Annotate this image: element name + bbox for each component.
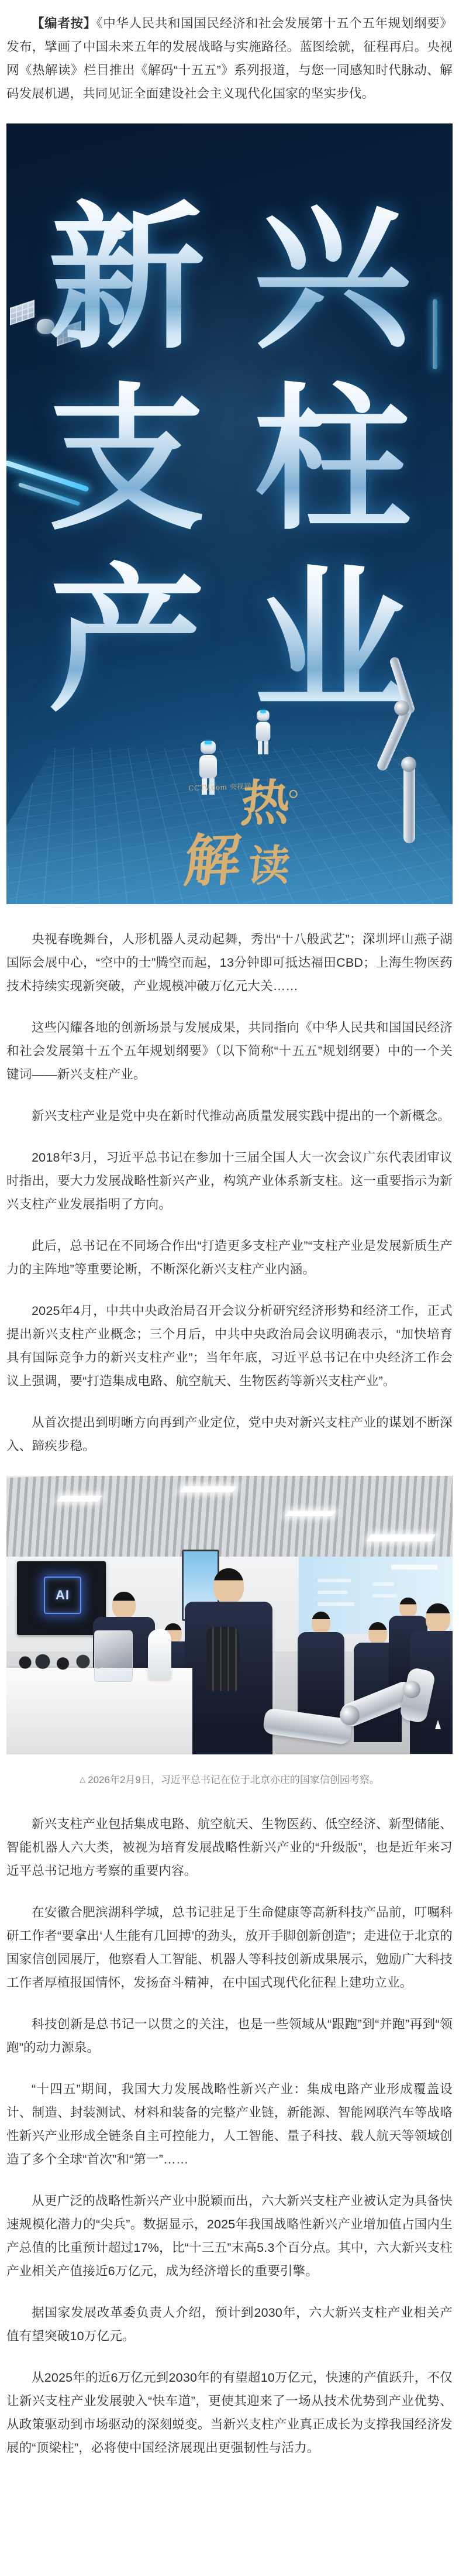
led-text-bar: [317, 1591, 348, 1594]
hero-char: 产: [49, 557, 205, 727]
robot-legs: [258, 741, 268, 754]
hero-char: 新: [49, 194, 205, 365]
editor-note: 【编者按】《中华人民共和国国民经济和社会发展第十五个五年规划纲要》发布，擘画了中…: [6, 12, 453, 105]
paragraph: 2018年3月，习近平总书记在参加十三届全国人大一次会议广东代表团审议时指出，要…: [6, 1146, 453, 1216]
ceiling-light: [180, 1486, 236, 1492]
ceiling-light: [285, 1511, 336, 1516]
person-head: [426, 1603, 450, 1633]
paragraph: 2025年4月，中共中央政治局召开会议分析研究经济形势和经济工作，正式提出新兴支…: [6, 1299, 453, 1393]
chip-graphic: AI: [44, 1576, 81, 1614]
paragraph: 这些闪耀各地的创新场景与发展成果，共同指向《中华人民共和国国民经济和社会发展第十…: [6, 1016, 453, 1086]
ceiling-light: [57, 1496, 102, 1502]
person-head: [112, 1592, 136, 1619]
paragraph: 从更广泛的战略性新兴产业中脱颖而出，六大新兴支柱产业被认定为具备快速规模化潜力的…: [6, 2189, 453, 2283]
stamp-dot: [289, 790, 297, 798]
paragraph: 在安徽合肥滨湖科学城，总书记驻足于生命健康等高新科技产品前，叮嘱科研工作者“要拿…: [6, 1901, 453, 1994]
robot-arm: [258, 1675, 453, 1754]
paragraph: 此后，总书记在不同场合作出“打造更多支柱产业”“支柱产业是发展新质生产力的主阵地…: [6, 1234, 453, 1281]
robot-arm-icon: [372, 650, 442, 843]
paragraph: 从首次提出到明晰方向再到产业定位，党中央对新兴支柱产业的谋划不断深入、蹄疾步稳。: [6, 1411, 453, 1458]
robot-components: [15, 1653, 102, 1672]
robot-eye: [205, 741, 212, 744]
hero-title-characters: 新 兴 支 柱 产 业: [24, 194, 435, 727]
led-text-bar: [317, 1579, 351, 1582]
hero-char: 柱: [254, 375, 410, 546]
paragraph: 据国家发展改革委负责人介绍，预计到2030年，六大新兴支柱产业相关产值有望突破1…: [6, 2301, 453, 2348]
rejiedu-stamp: CCTV.com 央视网 热 解 读: [184, 770, 299, 897]
stamp-char: 热: [238, 763, 295, 836]
paragraph: “十四五”期间，我国大力发展战略性新兴产业：集成电路产业形成覆盖设计、制造、封装…: [6, 2077, 453, 2171]
exhibit-table: [6, 1668, 192, 1754]
paragraph: 科技创新是总书记一以贯之的关注，也是一些领域从“跟跑”到“并跑”再到“领跑”的动…: [6, 2012, 453, 2059]
person-head: [368, 1622, 387, 1644]
acrylic-display: [94, 1630, 133, 1682]
stamp-char: 解: [181, 815, 245, 898]
robotic-hand-exhibit: [206, 1627, 239, 1691]
inspection-photo[interactable]: AI: [6, 1476, 453, 1754]
robot-head: [257, 710, 269, 721]
arm-segment: [263, 1708, 353, 1745]
stamp-char: 读: [245, 831, 294, 894]
hero-image[interactable]: 新 兴 支 柱 产 业 CCTV.com 央视网 热 解: [6, 123, 453, 904]
robot-eye: [260, 710, 266, 713]
photo-caption: △2026年2月9日，习近平总书记在位于北京亦庄的国家信创园考察。: [6, 1772, 453, 1788]
robot-head: [201, 741, 216, 754]
caption-marker: △: [80, 1775, 85, 1784]
hero-char: 兴: [254, 194, 410, 365]
paragraph: 新兴支柱产业包括集成电路、航空航天、生物医药、低空经济、新型储能、智能机器人六大…: [6, 1812, 453, 1883]
person-head: [312, 1612, 330, 1634]
arm-joint: [401, 757, 416, 772]
arm-joint: [340, 1705, 360, 1725]
white-glove-exhibit: [148, 1629, 171, 1679]
editor-note-label: 【编者按】: [32, 16, 96, 30]
paragraph: 新兴支柱产业是党中央在新时代推动高质量发展实践中提出的一个新概念。: [6, 1104, 453, 1128]
robot-figure: [256, 707, 271, 754]
led-text-bar: [391, 1565, 437, 1569]
robot-body: [256, 722, 271, 741]
person-head: [213, 1568, 244, 1603]
arm-joint: [394, 700, 409, 716]
arm-segment: [403, 761, 415, 843]
caption-text: 2026年2月9日，习近平总书记在位于北京亦庄的国家信创园考察。: [88, 1774, 379, 1785]
paragraph: 央视春晚舞台，人形机器人灵动起舞，秀出“十八般武艺”；深圳坪山燕子湖国际会展中心…: [6, 928, 453, 998]
led-text-bar: [372, 1582, 394, 1586]
hero-char: 支: [49, 375, 205, 546]
led-text-bar: [317, 1602, 354, 1606]
article-page: 【编者按】《中华人民共和国国民经济和社会发展第十五个五年规划纲要》发布，擘画了中…: [0, 0, 459, 2474]
arm-joint: [403, 1681, 420, 1698]
ceiling-light: [367, 1534, 436, 1541]
ai-label: AI: [56, 1588, 70, 1603]
paragraph: 从2025年的近6万亿元到2030年的有望超10万亿元，快速的产值跃升，不仅让新…: [6, 2366, 453, 2460]
